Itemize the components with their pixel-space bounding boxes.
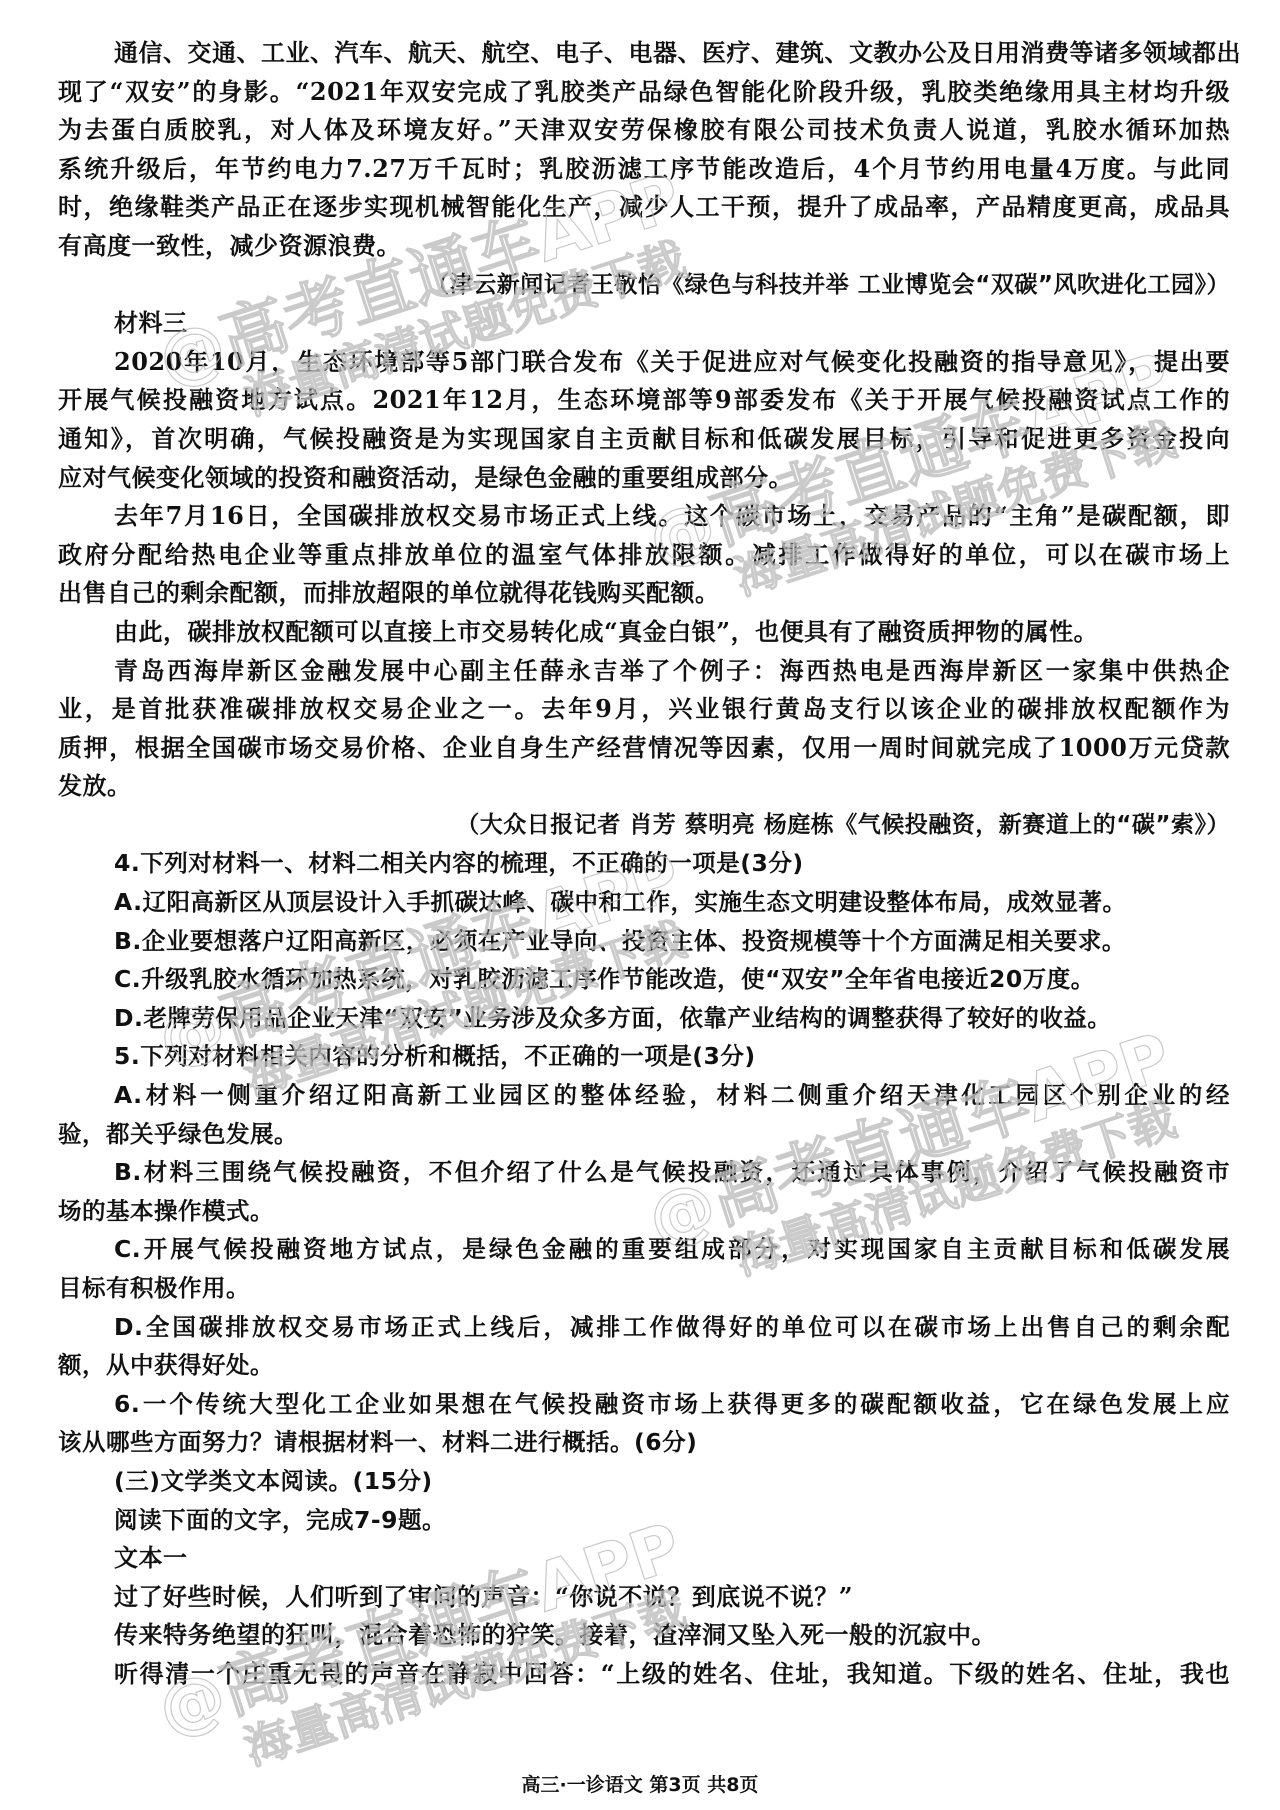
paragraph-line: 有高度一致性，减少资源浪费。	[58, 227, 1230, 266]
question-line: (三)文学类文本阅读。(15分)	[58, 1462, 1230, 1501]
page-footer: 高三·一诊语文 第3页 共8页	[0, 1770, 1280, 1797]
question-line: B.企业要想落户辽阳高新区，必须在产业导向、投资主体、投资规模等十个方面满足相关…	[58, 922, 1230, 961]
document-body: 通信、交通、工业、汽车、航天、航空、电子、电器、医疗、建筑、文教办公及日用消费等…	[58, 34, 1230, 1694]
paragraph-line: 听得清一个庄重无畏的声音在静寂中回答：“上级的姓名、住址，我知道。下级的姓名、住…	[58, 1655, 1230, 1694]
paragraph-line: 时，绝缘鞋类产品正在逐步实现机械智能化生产，减少人工干预，提升了成品率，产品精度…	[58, 188, 1230, 227]
exam-page: 通信、交通、工业、汽车、航天、航空、电子、电器、医疗、建筑、文教办公及日用消费等…	[58, 34, 1230, 1694]
paragraph-line: 质押，根据全国碳市场交易价格、企业自身生产经营情况等因素，仅用一周时间就完成了1…	[58, 729, 1230, 768]
paragraph-line: 为去蛋白质胶乳，对人体及环境友好。”天津双安劳保橡胶有限公司技术负责人说道，乳胶…	[58, 111, 1230, 150]
paragraph-line: 通信、交通、工业、汽车、航天、航空、电子、电器、医疗、建筑、文教办公及日用消费等…	[58, 34, 1230, 73]
paragraph-line: 现了“双安”的身影。“2021年双安完成了乳胶类产品绿色智能化阶段升级，乳胶类绝…	[58, 73, 1230, 112]
question-line: A.辽阳高新区从顶层设计入手抓碳达峰、碳中和工作，实施生态文明建设整体布局，成效…	[58, 883, 1230, 922]
paragraph-line: 政府分配给热电企业等重点排放单位的温室气体排放限额。减排工作做得好的单位，可以在…	[58, 536, 1230, 575]
question-line: 验，都关乎绿色发展。	[58, 1115, 1230, 1154]
paragraph-line: 系统升级后，年节约电力7.27万千瓦时；乳胶沥滤工序节能改造后，4个月节约用电量…	[58, 150, 1230, 189]
section-heading: 材料三	[58, 304, 1230, 343]
question-line: 场的基本操作模式。	[58, 1192, 1230, 1231]
paragraph-line: 过了好些时候，人们听到了审问的声音：“你说不说？到底说不说？”	[58, 1578, 1230, 1617]
source-citation: （大众日报记者 肖芳 蔡明亮 杨庭栋《气候投融资，新赛道上的“碳”索》）	[58, 806, 1230, 845]
paragraph-line: 2020年10月，生态环境部等5部门联合发布《关于促进应对气候变化投融资的指导意…	[58, 343, 1230, 382]
source-citation: （津云新闻记者王敬怡《绿色与科技并举 工业博览会“双碳”风吹进化工园》）	[58, 266, 1230, 305]
paragraph-line: 开展气候投融资地方试点。2021年12月，生态环境部等9部委发布《关于开展气候投…	[58, 381, 1230, 420]
question-line: 5.下列对材料相关内容的分析和概括，不正确的一项是(3分)	[58, 1037, 1230, 1076]
question-line: B.材料三围绕气候投融资，不但介绍了什么是气候投融资，还通过具体事例，介绍了气候…	[58, 1153, 1230, 1192]
question-line: 目标有积极作用。	[58, 1269, 1230, 1308]
question-line: 额，从中获得好处。	[58, 1346, 1230, 1385]
paragraph-line: 业，是首批获准碳排放权交易企业之一。去年9月，兴业银行黄岛支行以该企业的碳排放权…	[58, 690, 1230, 729]
paragraph-line: 青岛西海岸新区金融发展中心副主任薛永吉举了个例子：海西热电是西海岸新区一家集中供…	[58, 652, 1230, 691]
paragraph-line: 应对气候变化领域的投资和融资活动，是绿色金融的重要组成部分。	[58, 459, 1230, 498]
question-line: 该从哪些方面努力？请根据材料一、材料二进行概括。(6分)	[58, 1423, 1230, 1462]
question-line: 6.一个传统大型化工企业如果想在气候投融资市场上获得更多的碳配额收益，它在绿色发…	[58, 1385, 1230, 1424]
paragraph-line: 通知》，首次明确，气候投融资是为实现国家自主贡献目标和低碳发展目标，引导和促进更…	[58, 420, 1230, 459]
question-line: 阅读下面的文字，完成7-9题。	[58, 1501, 1230, 1540]
question-line: 4.下列对材料一、材料二相关内容的梳理，不正确的一项是(3分)	[58, 844, 1230, 883]
question-line: C.开展气候投融资地方试点，是绿色金融的重要组成部分，对实现国家自主贡献目标和低…	[58, 1230, 1230, 1269]
paragraph-line: 发放。	[58, 767, 1230, 806]
paragraph-line: 传来特务绝望的狂叫，混合着恐怖的狞笑。接着，渣滓洞又坠入死一般的沉寂中。	[58, 1616, 1230, 1655]
paragraph-line: 去年7月16日，全国碳排放权交易市场正式上线。这个碳市场上，交易产品的“主角”是…	[58, 497, 1230, 536]
section-heading: 文本一	[58, 1539, 1230, 1578]
paragraph-line: 由此，碳排放权配额可以直接上市交易转化成“真金白银”，也便具有了融资质押物的属性…	[58, 613, 1230, 652]
question-line: A.材料一侧重介绍辽阳高新工业园区的整体经验，材料二侧重介绍天津化工园区个别企业…	[58, 1076, 1230, 1115]
question-line: D.老牌劳保用品企业天津“双安”业务涉及众多方面，依靠产业结构的调整获得了较好的…	[58, 999, 1230, 1038]
paragraph-line: 出售自己的剩余配额，而排放超限的单位就得花钱购买配额。	[58, 574, 1230, 613]
question-line: D.全国碳排放权交易市场正式上线后，减排工作做得好的单位可以在碳市场上出售自己的…	[58, 1308, 1230, 1347]
question-line: C.升级乳胶水循环加热系统，对乳胶沥滤工序作节能改造，使“双安”全年省电接近20…	[58, 960, 1230, 999]
